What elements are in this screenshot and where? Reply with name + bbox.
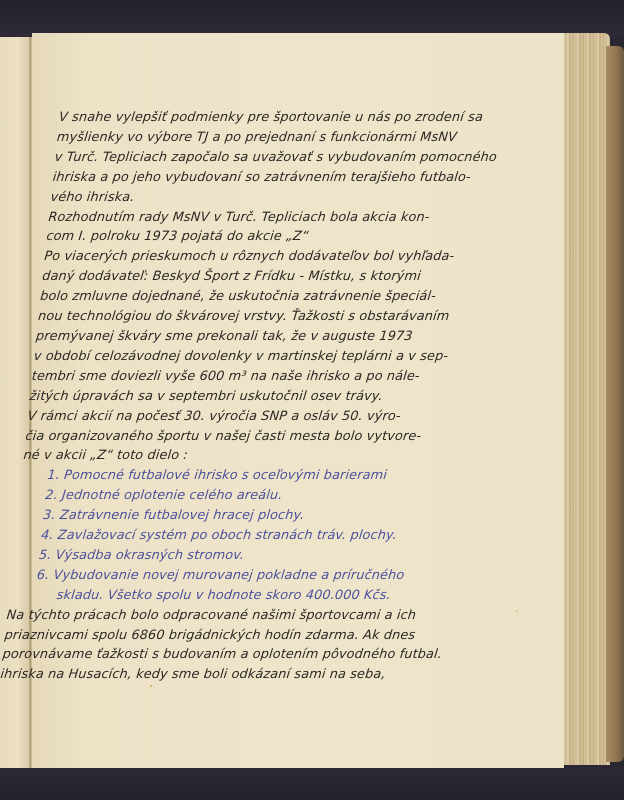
text-line: tembri sme doviezli vyše 600 m³ na naše … bbox=[31, 367, 503, 387]
list-item-continuation: skladu. Všetko spolu v hodnote skoro 400… bbox=[8, 586, 480, 606]
list-item: 2. Jednotné oplotenie celého areálu. bbox=[18, 486, 490, 506]
list-number: 4. bbox=[40, 528, 54, 543]
text-line: žitých úpravách sa v septembri uskutočni… bbox=[29, 387, 501, 407]
list-item: 6. Vybudovanie novej murovanej pokladne … bbox=[10, 566, 482, 586]
page-block-edges bbox=[564, 33, 610, 765]
paper-speck bbox=[516, 610, 518, 612]
text-line: bolo zmluvne dojednané, že uskutočnia za… bbox=[39, 287, 511, 307]
list-item: 3. Zatrávnenie futbalovej hracej plochy. bbox=[16, 506, 488, 526]
closing-paragraph: Na týchto prácach bolo odpracované našim… bbox=[0, 606, 478, 686]
list-text: Zatrávnenie futbalovej hracej plochy. bbox=[59, 508, 305, 523]
book-cover-edge bbox=[606, 46, 624, 762]
text-line: čia organizovaného športu v našej časti … bbox=[24, 427, 496, 447]
list-number: 2. bbox=[44, 488, 58, 503]
list-number: 3. bbox=[42, 508, 56, 523]
background-bottom bbox=[0, 768, 624, 800]
text-line: daný dodávateľ: Beskyd Šport z Frídku - … bbox=[41, 267, 513, 287]
list-text: Vybudovanie novej murovanej pokladne a p… bbox=[53, 568, 405, 583]
works-list: 1. Pomocné futbalové ihrisko s oceľovými… bbox=[8, 466, 493, 605]
text-line: priaznivcami spolu 6860 brigádnických ho… bbox=[4, 626, 476, 646]
text-line: myšlienky vo výbore TJ a po prejednaní s… bbox=[56, 128, 528, 148]
background-top bbox=[0, 0, 624, 36]
text-line: Po viacerých prieskumoch u rôznych dodáv… bbox=[43, 247, 515, 267]
paragraph-4: V rámci akcií na počesť 30. výročia SNP … bbox=[22, 407, 498, 467]
text-line: ihriska na Husacích, kedy sme boli odkáz… bbox=[0, 665, 471, 685]
text-line: né v akcii „Z“ toto dielo : bbox=[22, 446, 494, 466]
text-line: Rozhodnutím rady MsNV v Turč. Tepliciach… bbox=[47, 208, 519, 228]
list-text: Pomocné futbalové ihrisko s oceľovými ba… bbox=[63, 468, 387, 483]
list-item: 1. Pomocné futbalové ihrisko s oceľovými… bbox=[20, 466, 492, 486]
text-line: ihriska a po jeho vybudovaní so zatrávne… bbox=[52, 168, 524, 188]
list-text: Výsadba okrasných stromov. bbox=[55, 548, 245, 563]
paragraph-1: V snahe vylepšiť podmienky pre športovan… bbox=[50, 108, 530, 208]
text-line: v Turč. Tepliciach započalo sa uvažovať … bbox=[54, 148, 526, 168]
text-line: premývanej škváry sme prekonali tak, že … bbox=[35, 327, 507, 347]
text-line: com I. polroku 1973 pojatá do akcie „Z“ bbox=[45, 227, 517, 247]
paragraph-2: Rozhodnutím rady MsNV v Turč. Tepliciach… bbox=[45, 208, 519, 248]
text-line: porovnávame ťažkosti s budovaním a oplot… bbox=[1, 645, 473, 665]
text-line: V snahe vylepšiť podmienky pre športovan… bbox=[58, 108, 530, 128]
text-line: nou technológiou do škvárovej vrstvy. Ťa… bbox=[37, 307, 509, 327]
handwritten-text: V snahe vylepšiť podmienky pre športovan… bbox=[0, 108, 530, 685]
list-item: 4. Zavlažovací systém po oboch stranách … bbox=[14, 526, 486, 546]
list-number: 1. bbox=[47, 468, 61, 483]
list-number: 5. bbox=[38, 548, 52, 563]
text-line: V rámci akcií na počesť 30. výročia SNP … bbox=[27, 407, 499, 427]
text-line: v období celozávodnej dovolenky v martin… bbox=[33, 347, 505, 367]
paragraph-3: Po viacerých prieskumoch u rôznych dodáv… bbox=[29, 247, 516, 406]
text-line: vého ihriska. bbox=[50, 188, 522, 208]
list-text: Zavlažovací systém po oboch stranách trá… bbox=[57, 528, 398, 543]
text-line: Na týchto prácach bolo odpracované našim… bbox=[6, 606, 478, 626]
list-item: 5. Výsadba okrasných stromov. bbox=[12, 546, 484, 566]
list-text: Jednotné oplotenie celého areálu. bbox=[61, 488, 283, 503]
paper-speck bbox=[150, 685, 152, 687]
list-number: 6. bbox=[36, 568, 50, 583]
